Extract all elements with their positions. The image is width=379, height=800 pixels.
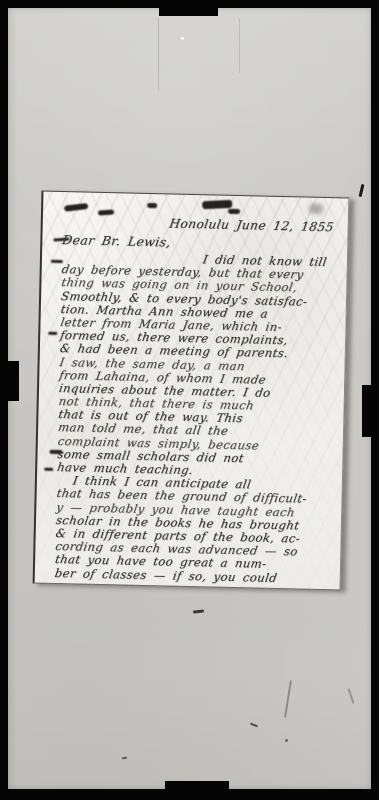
letter-paragraph: I did not know tillday before yesterday,… [57, 250, 335, 480]
letter-text: Honolulu June 12, 1855 Dear Br. Lewis, I… [35, 192, 349, 590]
film-notch-bottom [165, 781, 229, 800]
dust-speck [285, 739, 288, 742]
film-scratch [239, 18, 240, 73]
film-notch-top [159, 0, 218, 16]
letter-page: Honolulu June 12, 1855 Dear Br. Lewis, I… [33, 191, 350, 591]
letter-body: I did not know tillday before yesterday,… [55, 250, 335, 586]
film-scratch [158, 18, 159, 90]
letter-paragraph: I think I can anticipate allthat has bee… [55, 474, 330, 586]
film-notch-left [0, 361, 19, 401]
letter-dateline: Honolulu June 12, 1855 [62, 214, 337, 234]
film-notch-right [362, 385, 379, 437]
microfilm-scan: Honolulu June 12, 1855 Dear Br. Lewis, I… [0, 0, 379, 800]
dust-speck [181, 37, 184, 40]
